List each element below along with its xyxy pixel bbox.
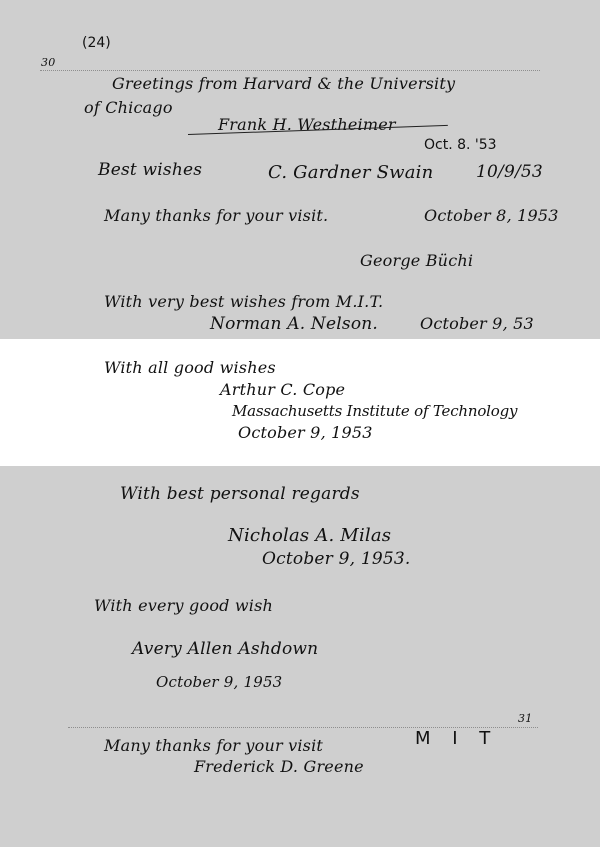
entry-date: October 9, 53 (420, 316, 534, 332)
entry-signature: Frederick D. Greene (194, 759, 364, 775)
entry-signature: George Büchi (360, 253, 473, 269)
entry-signature: C. Gardner Swain (268, 164, 433, 182)
entry-message: Many thanks for your visit. (104, 208, 328, 224)
entry-date: October 9, 1953 (238, 425, 373, 441)
page-number-right: 31 (518, 713, 532, 724)
entry-message: Best wishes (98, 162, 202, 179)
top-rule-divider (40, 70, 540, 71)
entry-date: October 9, 1953. (262, 551, 411, 568)
entry-date: Oct. 8. '53 (424, 138, 497, 152)
entry-message: Many thanks for your visit (104, 738, 323, 754)
entry-affiliation: M I T (415, 730, 498, 748)
entry-signature: Avery Allen Ashdown (132, 641, 318, 658)
entry-message: With all good wishes (104, 360, 276, 376)
entry-signature: Arthur C. Cope (220, 382, 345, 398)
entry-message: Greetings from Harvard & the University (112, 76, 455, 92)
entry-signature: Norman A. Nelson. (210, 316, 378, 333)
entry-message: With best personal regards (120, 486, 360, 503)
header-note: (24) (82, 36, 111, 50)
page-number-left: 30 (41, 57, 55, 68)
entry-message: With every good wish (94, 598, 273, 614)
entry-date: 10/9/53 (476, 164, 543, 181)
entry-message: of Chicago (84, 100, 173, 116)
entry-date: October 8, 1953 (424, 208, 559, 224)
entry-signature: Nicholas A. Milas (228, 527, 391, 545)
entry-affiliation: Massachusetts Institute of Technology (232, 404, 517, 419)
entry-date: October 9, 1953 (156, 675, 282, 690)
entry-message: With very best wishes from M.I.T. (104, 294, 383, 310)
